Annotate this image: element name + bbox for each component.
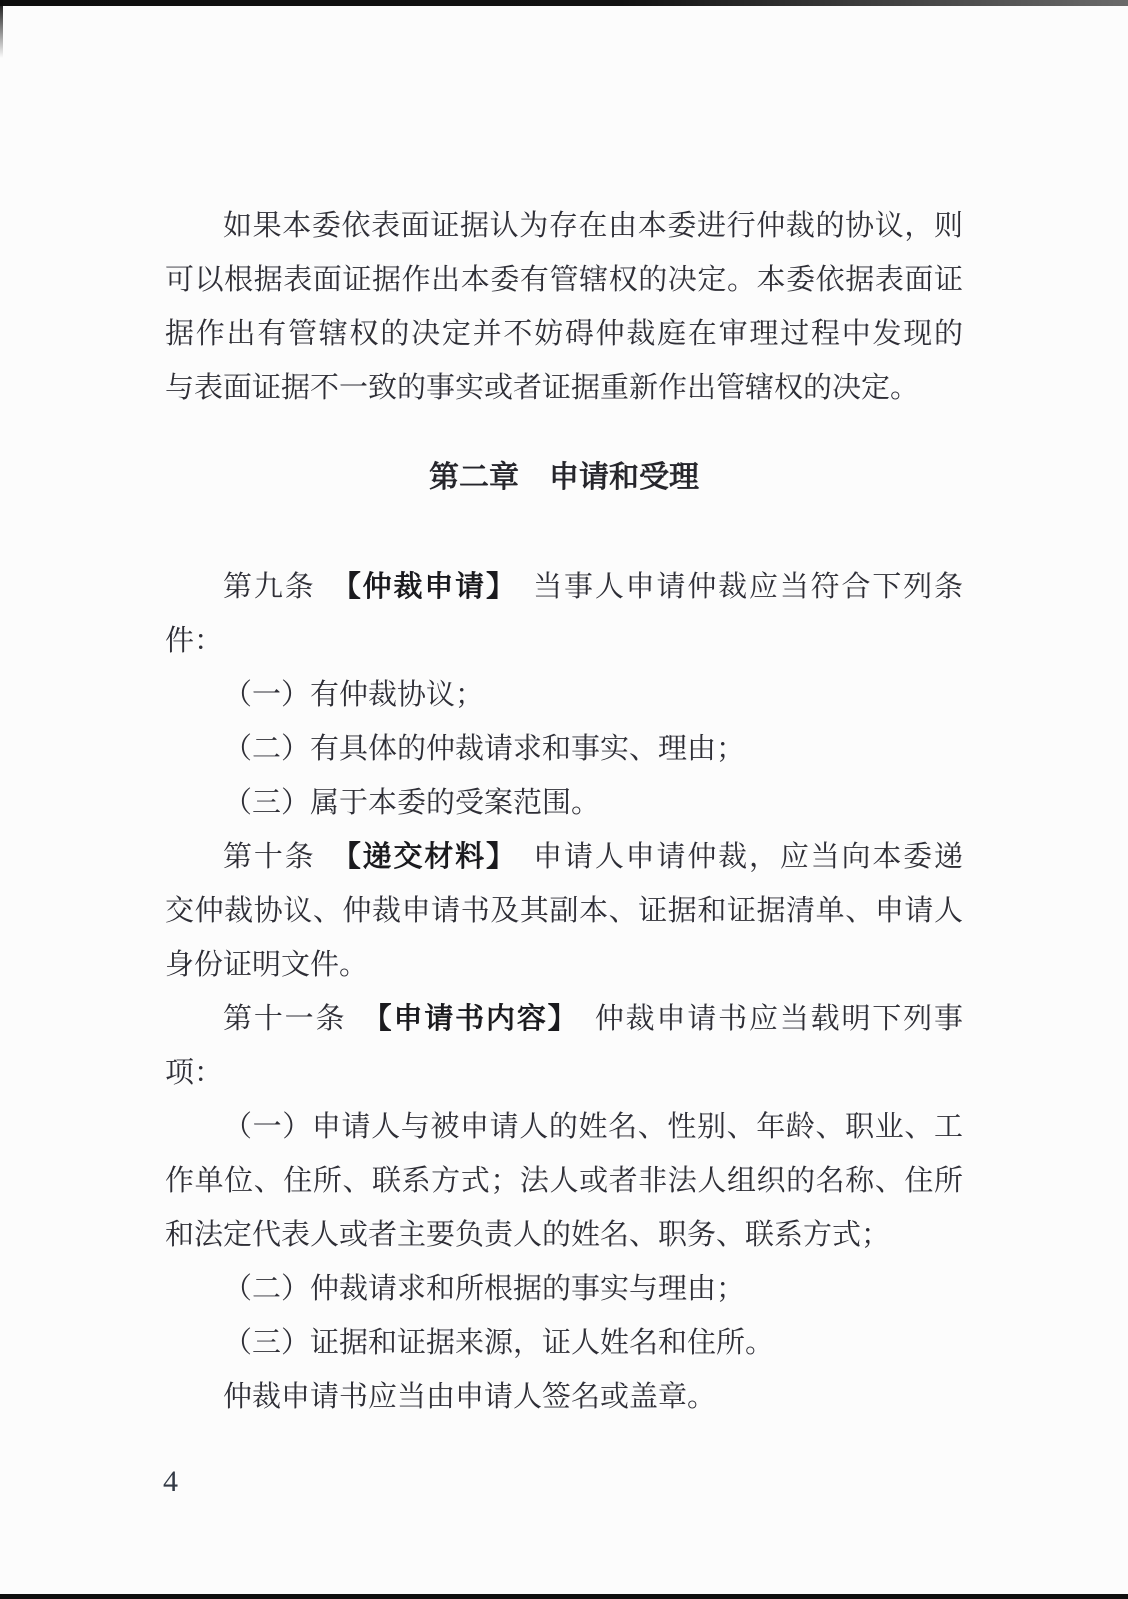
text-line: 第九条 【仲裁申请】 当事人申请仲裁应当符合下列条 <box>165 560 963 614</box>
text-line: 与表面证据不一致的事实或者证据重新作出管辖权的决定。 <box>165 361 963 415</box>
text-line: （二）仲裁请求和所根据的事实与理由； <box>165 1262 963 1316</box>
text-line: （三）证据和证据来源，证人姓名和住所。 <box>165 1316 963 1370</box>
text-segment: 当事人申请仲裁应当符合下列条 <box>502 571 963 603</box>
text-line: （一）申请人与被申请人的姓名、性别、年龄、职业、工 <box>165 1100 963 1154</box>
text-segment: （二）有具体的仲裁请求和事实、理由； <box>223 733 745 765</box>
text-segment: 仲裁申请书应当由申请人签名或盖章。 <box>223 1381 716 1413</box>
text-line: （三）属于本委的受案范围。 <box>165 776 963 830</box>
text-segment: （三）证据和证据来源，证人姓名和住所。 <box>223 1327 774 1359</box>
text-line: 据作出有管辖权的决定并不妨碍仲裁庭在审理过程中发现的 <box>165 307 963 361</box>
scan-edge-top <box>0 0 1128 6</box>
text-line: 可以根据表面证据作出本委有管辖权的决定。本委依据表面证 <box>165 253 963 307</box>
text-segment: 与表面证据不一致的事实或者证据重新作出管辖权的决定。 <box>165 372 919 404</box>
text-segment: 如果本委依表面证据认为存在由本委进行仲裁的协议，则 <box>223 210 963 242</box>
text-line: 项： <box>165 1046 963 1100</box>
text-segment <box>316 571 347 603</box>
scan-edge-left <box>0 0 3 58</box>
scan-edge-bottom <box>0 1594 1128 1599</box>
intro-paragraph: 如果本委依表面证据认为存在由本委进行仲裁的协议，则可以根据表面证据作出本委有管辖… <box>165 199 963 415</box>
text-segment: 申请人申请仲裁，应当向本委递 <box>502 841 963 873</box>
text-segment: （一）有仲裁协议； <box>223 679 484 711</box>
text-line: 第十条 【递交材料】 申请人申请仲裁，应当向本委递 <box>165 830 963 884</box>
text-segment: 第十一条 <box>223 1003 346 1035</box>
article-title-bracket: 【递交材料】 <box>346 841 502 873</box>
page-number: 4 <box>163 1462 178 1502</box>
text-line: 件： <box>165 614 963 668</box>
text-line: 交仲裁协议、仲裁申请书及其副本、证据和证据清单、申请人 <box>165 884 963 938</box>
chapter-heading: 第二章 申请和受理 <box>165 451 963 505</box>
text-line: （一）有仲裁协议； <box>165 668 963 722</box>
text-segment: 交仲裁协议、仲裁申请书及其副本、证据和证据清单、申请人 <box>165 895 963 927</box>
text-line: 身份证明文件。 <box>165 938 963 992</box>
text-line: 如果本委依表面证据认为存在由本委进行仲裁的协议，则 <box>165 199 963 253</box>
article-body: 第九条 【仲裁申请】 当事人申请仲裁应当符合下列条件：（一）有仲裁协议；（二）有… <box>165 560 963 1424</box>
document-page: 如果本委依表面证据认为存在由本委进行仲裁的协议，则可以根据表面证据作出本委有管辖… <box>0 0 1128 1599</box>
text-segment: 据作出有管辖权的决定并不妨碍仲裁庭在审理过程中发现的 <box>165 318 963 350</box>
text-segment: 身份证明文件。 <box>165 949 368 981</box>
article-title-bracket: 【申请书内容】 <box>377 1003 564 1035</box>
text-segment: 项： <box>165 1057 223 1089</box>
chapter-heading-row: 第二章 申请和受理 <box>165 451 963 505</box>
article-title-bracket: 【仲裁申请】 <box>346 571 502 603</box>
text-segment <box>346 1003 377 1035</box>
text-segment: 作单位、住所、联系方式；法人或者非法人组织的名称、住所 <box>165 1165 963 1197</box>
text-segment: 第九条 <box>223 571 316 603</box>
text-line: 作单位、住所、联系方式；法人或者非法人组织的名称、住所 <box>165 1154 963 1208</box>
text-segment: 可以根据表面证据作出本委有管辖权的决定。本委依据表面证 <box>165 264 963 296</box>
text-segment: （二）仲裁请求和所根据的事实与理由； <box>223 1273 745 1305</box>
text-segment: 件： <box>165 625 223 657</box>
text-line: 仲裁申请书应当由申请人签名或盖章。 <box>165 1370 963 1424</box>
text-segment: 仲裁申请书应当载明下列事 <box>564 1003 963 1035</box>
text-segment <box>316 841 347 873</box>
text-segment: （一）申请人与被申请人的姓名、性别、年龄、职业、工 <box>223 1111 963 1143</box>
text-line: 第十一条 【申请书内容】 仲裁申请书应当载明下列事 <box>165 992 963 1046</box>
text-line: （二）有具体的仲裁请求和事实、理由； <box>165 722 963 776</box>
text-segment: 第十条 <box>223 841 316 873</box>
text-segment: （三）属于本委的受案范围。 <box>223 787 600 819</box>
text-segment: 和法定代表人或者主要负责人的姓名、职务、联系方式； <box>165 1219 890 1251</box>
text-line: 和法定代表人或者主要负责人的姓名、职务、联系方式； <box>165 1208 963 1262</box>
